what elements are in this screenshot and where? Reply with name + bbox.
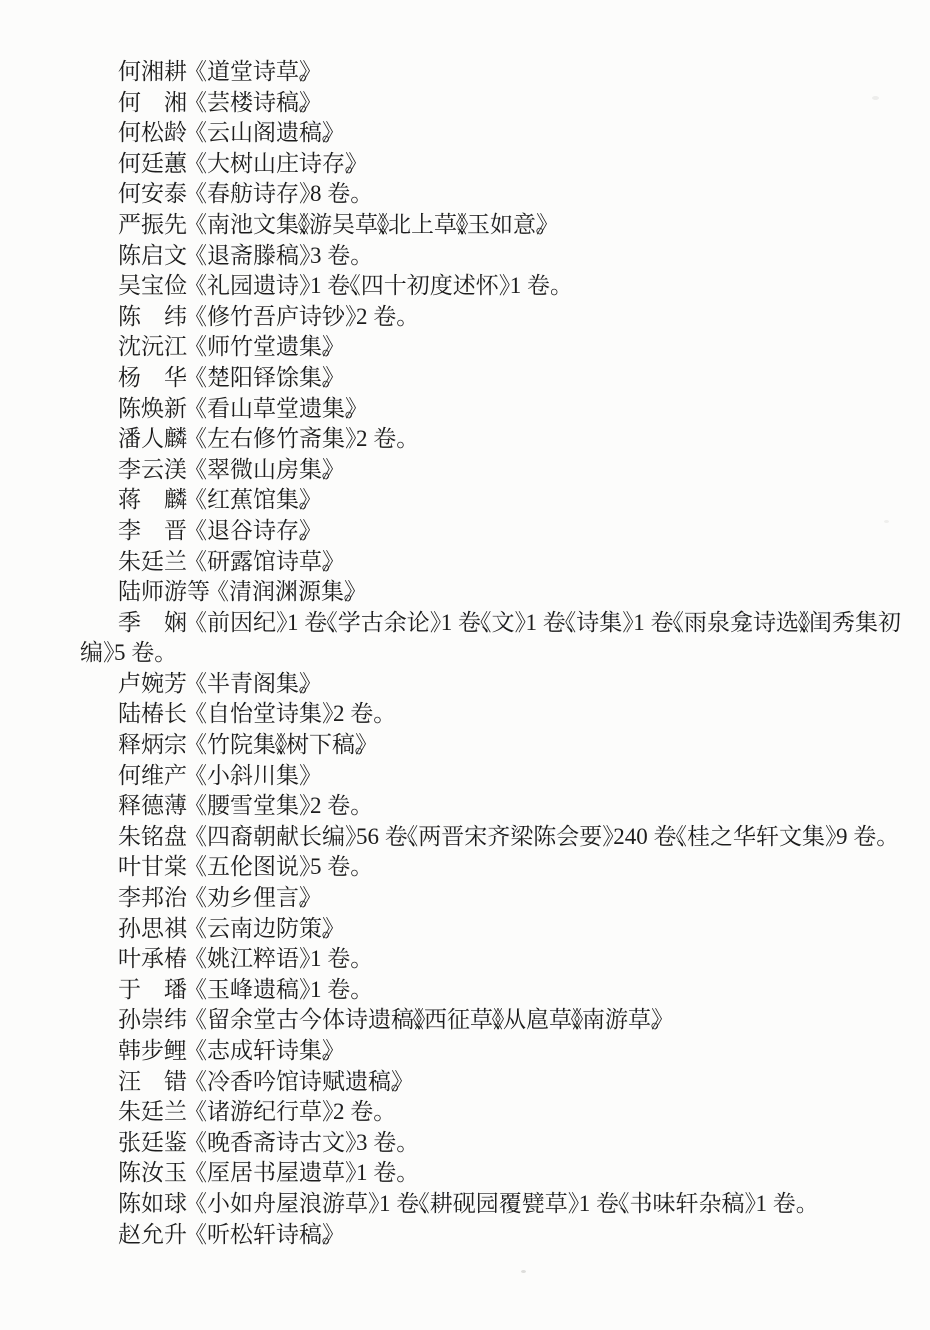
document-page: 何湘耕《道堂诗草》。 何 湘《芸楼诗稿》。 何松龄《云山阁遗稿》。 何廷蕙《大树… [0,0,930,1330]
author-name: 叶承椿 [118,944,188,975]
scan-speck [872,96,879,100]
work-titles: 《云南边防策》。 [196,916,333,941]
work-titles: 《四裔朝献长编》56 卷、《两晋宋齐梁陈会要》240 卷、《桂之华轩文集》9 卷… [196,824,887,849]
work-titles: 《劝乡俚言》。 [196,885,310,910]
author-name: 李云渼 [118,455,188,486]
author-name: 何松龄 [118,118,188,149]
bibliography-entry: 朱铭盘《四裔朝献长编》56 卷、《两晋宋齐梁陈会要》240 卷、《桂之华轩文集》… [80,822,930,853]
author-name: 季 娴 [118,608,188,639]
bibliography-entry: 陈启文《退斋滕稿》3 卷。 [80,241,930,272]
author-name: 何维产 [118,761,188,792]
bibliography-entry: 于 璠《玉峰遗稿》1 卷。 [80,975,930,1006]
work-titles: 《厔居书屋遗草》1 卷。 [196,1160,407,1185]
bibliography-entry: 赵允升《听松轩诗稿》。 [80,1220,930,1251]
author-name: 何安泰 [118,179,188,210]
work-titles: 《腰雪堂集》2 卷。 [196,793,361,818]
bibliography-entry: 严振先《南池文集》、《游吴草》、《北上草》、《玉如意》。 [80,210,930,241]
work-titles: 《清润渊源集》。 [218,579,355,604]
author-name: 于 璠 [118,975,188,1006]
work-titles: 《南池文集》、《游吴草》、《北上草》、《玉如意》。 [196,212,547,237]
author-name: 吴宝俭 [118,271,188,302]
bibliography-entry: 韩步鲤《志成轩诗集》。 [80,1036,930,1067]
author-name: 叶甘棠 [118,852,188,883]
work-titles: 《礼园遗诗》1 卷、《四十初度述怀》1 卷。 [196,273,561,298]
bibliography-entry: 孙崇纬《留余堂古今体诗遗稿》、《西征草》、《从扈草》、《南游草》。 [80,1005,930,1036]
bibliography-entry: 释炳宗《竹院集》、《树下稿》。 [80,730,930,761]
author-name: 何 湘 [118,88,188,119]
author-name: 朱铭盘 [118,822,188,853]
bibliography-entry: 何廷蕙《大树山庄诗存》。 [80,149,930,180]
work-titles: 《诸游纪行草》2 卷。 [196,1099,384,1124]
bibliography-entry: 张廷鉴《晚香斋诗古文》3 卷。 [80,1128,930,1159]
work-titles: 《玉峰遗稿》1 卷。 [196,977,361,1002]
work-titles: 《退斋滕稿》3 卷。 [196,243,361,268]
work-titles: 《小如舟屋浪游草》1 卷、《耕砚园覆甓草》1 卷、《书味轩杂稿》1 卷。 [196,1191,807,1216]
author-name: 陈启文 [118,241,188,272]
work-titles: 《竹院集》、《树下稿》。 [196,732,366,757]
author-name: 韩步鲤 [118,1036,188,1067]
work-titles: 《小斜川集》 [196,763,310,788]
author-name: 蒋 麟 [118,485,188,516]
author-name: 朱廷兰 [118,547,188,578]
bibliography-entry: 释德薄《腰雪堂集》2 卷。 [80,791,930,822]
bibliography-entry: 沈沅江《师竹堂遗集》。 [80,332,930,363]
bibliography-entry: 何 湘《芸楼诗稿》。 [80,88,930,119]
work-titles: 《冷香吟馆诗赋遗稿》。 [196,1069,402,1094]
author-name: 何湘耕 [118,57,188,88]
author-name: 潘人麟 [118,424,188,455]
bibliography-entry: 李云渼《翠微山房集》。 [80,455,930,486]
work-titles: 《半青阁集》。 [196,671,310,696]
author-name: 汪 错 [118,1067,188,1098]
bibliography-entry: 蒋 麟《红蕉馆集》。 [80,485,930,516]
bibliography-entry: 何湘耕《道堂诗草》。 [80,57,930,88]
work-titles: 《春舫诗存》8 卷。 [196,181,361,206]
work-titles: 《红蕉馆集》。 [196,487,310,512]
scan-speck [521,1270,526,1273]
work-titles: 《前因纪》1 卷、《学古余论》1 卷、《文》1 卷、《诗集》1 卷、《雨泉龛诗选… [80,610,901,666]
bibliography-entry: 陈汝玉《厔居书屋遗草》1 卷。 [80,1158,930,1189]
bibliography-entry: 孙思祺《云南边防策》。 [80,914,930,945]
bibliography-entry: 朱廷兰《研露馆诗草》。 [80,547,930,578]
bibliography-entry: 李邦治《劝乡俚言》。 [80,883,930,914]
work-titles: 《修竹吾庐诗钞》2 卷。 [196,304,407,329]
author-name: 陈焕新 [118,394,188,425]
work-titles: 《看山草堂遗集》。 [196,396,356,421]
work-titles: 《晚香斋诗古文》3 卷。 [196,1130,407,1155]
author-name: 陈如球 [118,1189,188,1220]
author-name: 杨 华 [118,363,188,394]
work-titles: 《大树山庄诗存》。 [196,151,356,176]
work-titles: 《师竹堂遗集》。 [196,334,333,359]
bibliography-entry: 陈焕新《看山草堂遗集》。 [80,394,930,425]
author-name: 严振先 [118,210,188,241]
work-titles: 《楚阳铎馀集》。 [196,365,333,390]
work-titles: 《听松轩诗稿》。 [196,1222,333,1247]
bibliography-entry: 陆椿长《自怡堂诗集》2 卷。 [80,699,930,730]
bibliography-entry: 叶承椿《姚江粹语》1 卷。 [80,944,930,975]
author-name: 沈沅江 [118,332,188,363]
bibliography-entry: 朱廷兰《诸游纪行草》2 卷。 [80,1097,930,1128]
bibliography-entry: 何松龄《云山阁遗稿》。 [80,118,930,149]
work-titles: 《留余堂古今体诗遗稿》、《西征草》、《从扈草》、《南游草》。 [196,1007,662,1032]
author-name: 张廷鉴 [118,1128,188,1159]
author-name: 孙崇纬 [118,1005,188,1036]
work-titles: 《研露馆诗草》。 [196,549,333,574]
bibliography-entry: 叶甘棠《五伦图说》5 卷。 [80,852,930,883]
work-titles: 《姚江粹语》1 卷。 [196,946,361,971]
author-name: 李邦治 [118,883,188,914]
author-name: 陈 纬 [118,302,188,333]
bibliography-entry: 潘人麟《左右修竹斋集》2 卷。 [80,424,930,455]
bibliography-entry: 杨 华《楚阳铎馀集》。 [80,363,930,394]
bibliography-entry: 季 娴《前因纪》1 卷、《学古余论》1 卷、《文》1 卷、《诗集》1 卷、《雨泉… [80,608,925,669]
work-titles: 《自怡堂诗集》2 卷。 [196,701,384,726]
work-titles: 《云山阁遗稿》。 [196,120,333,145]
author-name: 释德薄 [118,791,188,822]
author-name: 释炳宗 [118,730,188,761]
author-name: 李 晋 [118,516,188,547]
author-name: 卢婉芳 [118,669,188,700]
entry-list: 何湘耕《道堂诗草》。 何 湘《芸楼诗稿》。 何松龄《云山阁遗稿》。 何廷蕙《大树… [80,57,930,1250]
work-titles: 《志成轩诗集》。 [196,1038,333,1063]
work-titles: 《翠微山房集》。 [196,457,333,482]
author-name: 陆椿长 [118,699,188,730]
author-name: 陈汝玉 [118,1158,188,1189]
work-titles: 《芸楼诗稿》。 [196,90,310,115]
work-titles: 《五伦图说》5 卷。 [196,854,361,879]
work-titles: 《道堂诗草》。 [196,59,310,84]
bibliography-entry: 汪 错《冷香吟馆诗赋遗稿》。 [80,1067,930,1098]
bibliography-entry: 陈如球《小如舟屋浪游草》1 卷、《耕砚园覆甓草》1 卷、《书味轩杂稿》1 卷。 [80,1189,930,1220]
bibliography-entry: 李 晋《退谷诗存》。 [80,516,930,547]
author-name: 赵允升 [118,1220,188,1251]
scan-speck [884,520,889,523]
bibliography-entry: 陈 纬《修竹吾庐诗钞》2 卷。 [80,302,930,333]
author-name: 陆师游等 [118,577,210,608]
author-name: 孙思祺 [118,914,188,945]
bibliography-entry: 吴宝俭《礼园遗诗》1 卷、《四十初度述怀》1 卷。 [80,271,930,302]
author-name: 朱廷兰 [118,1097,188,1128]
bibliography-entry: 陆师游等《清润渊源集》。 [80,577,930,608]
bibliography-entry: 何安泰《春舫诗存》8 卷。 [80,179,930,210]
work-titles: 《左右修竹斋集》2 卷。 [196,426,407,451]
work-titles: 《退谷诗存》。 [196,518,310,543]
bibliography-entry: 卢婉芳《半青阁集》。 [80,669,930,700]
bibliography-entry: 何维产《小斜川集》 [80,761,930,792]
author-name: 何廷蕙 [118,149,188,180]
